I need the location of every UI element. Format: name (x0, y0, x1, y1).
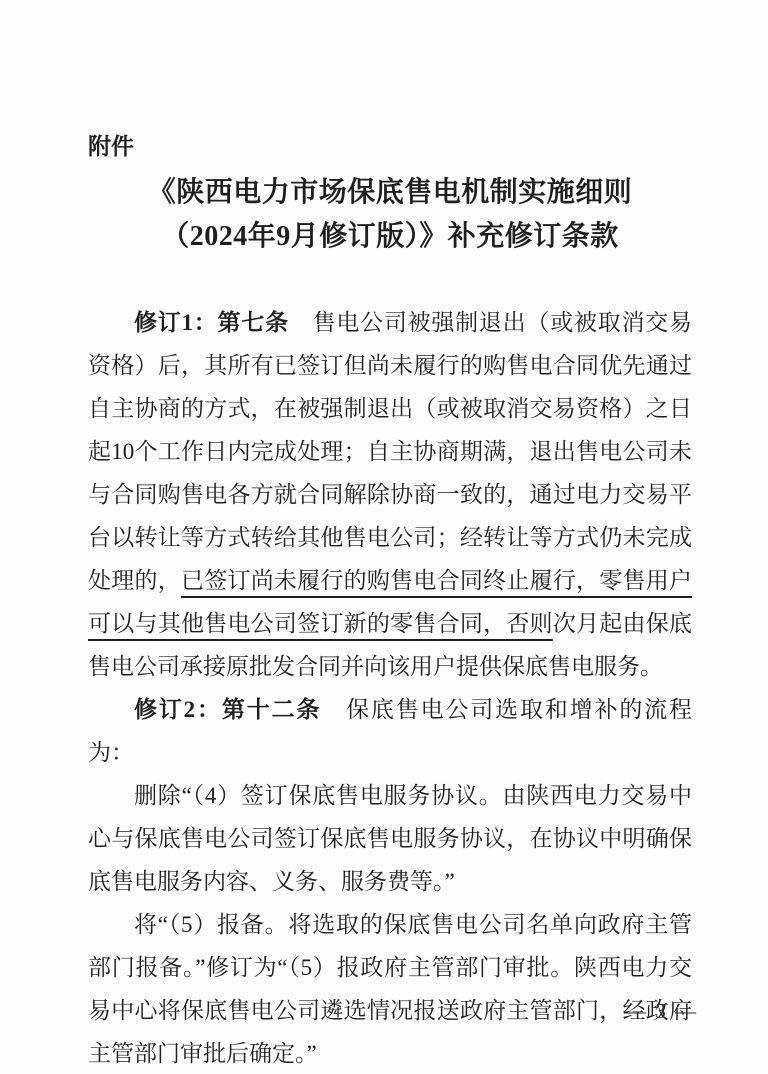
amend-clause-text: 将“（5）报备。将选取的保底售电公司名单向政府主管部门报备。”修订为“（5）报政… (88, 912, 692, 1066)
revision-1-lead: 修订1：第七条 (134, 310, 289, 335)
revision-1-text-a: 售电公司被强制退出（或被取消交易资格）后，其所有已签订但尚未履行的购售电合同优先… (88, 310, 692, 593)
delete-clause-text: 删除“（4）签订保底售电服务协议。由陕西电力交易中心与保底售电公司签订保底售电服… (88, 783, 692, 894)
document-body: 修订1：第七条 售电公司被强制退出（或被取消交易资格）后，其所有已签订但尚未履行… (88, 301, 692, 1074)
document-title: 《陕西电力市场保底售电机制实施细则 （2024年9月修订版）》补充修订条款 (88, 171, 692, 259)
attachment-label: 附件 (88, 133, 692, 161)
document-title-line-2: （2024年9月修订版）》补充修订条款 (88, 215, 692, 259)
paragraph-delete-clause: 删除“（4）签订保底售电服务协议。由陕西电力交易中心与保底售电公司签订保底售电服… (88, 774, 692, 903)
paragraph-revision-1: 修订1：第七条 售电公司被强制退出（或被取消交易资格）后，其所有已签订但尚未履行… (88, 301, 692, 688)
document-content: 附件 《陕西电力市场保底售电机制实施细则 （2024年9月修订版）》补充修订条款… (0, 0, 768, 1074)
document-title-line-1: 《陕西电力市场保底售电机制实施细则 (88, 171, 692, 215)
document-page: 附件 《陕西电力市场保底售电机制实施细则 （2024年9月修订版）》补充修订条款… (0, 0, 768, 1074)
revision-2-lead: 修订2：第十二条 (134, 697, 321, 722)
paragraph-amend-clause: 将“（5）报备。将选取的保底售电公司名单向政府主管部门报备。”修订为“（5）报政… (88, 903, 692, 1074)
paragraph-revision-2: 修订2：第十二条 保底售电公司选取和增补的流程为： (88, 688, 692, 774)
page-number: — 3 — (625, 999, 698, 1024)
